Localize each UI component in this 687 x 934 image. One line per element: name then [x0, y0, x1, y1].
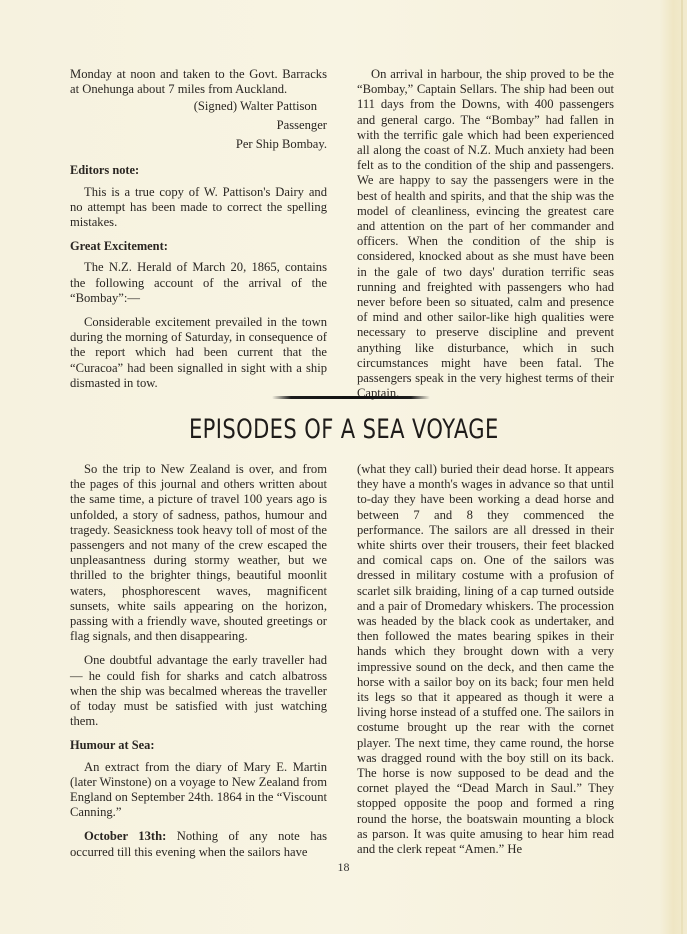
signature-line-ship: Per Ship Bombay.: [70, 135, 327, 154]
paragraph-editors-note: This is a true copy of W. Pattison's Dai…: [70, 185, 327, 231]
bottom-right-column: (what they call) buried their dead horse…: [357, 462, 614, 857]
page-number: 18: [0, 860, 687, 875]
paragraph-doubtful-advantage: One doubtful advantage the early travell…: [70, 653, 327, 729]
signature-line-signed: (Signed) Walter Pattison: [70, 97, 327, 116]
magazine-page: Monday at noon and taken to the Govt. Ba…: [0, 0, 687, 934]
heading-humour-at-sea: Humour at Sea:: [70, 738, 327, 753]
date-label-october-13th: October 13th:: [84, 829, 166, 843]
paragraph-herald: The N.Z. Herald of March 20, 1865, conta…: [70, 260, 327, 306]
section-divider: [272, 396, 430, 399]
paragraph-monday: Monday at noon and taken to the Govt. Ba…: [70, 67, 327, 97]
paragraph-considerable-excitement: Considerable excitement prevailed in the…: [70, 315, 327, 391]
paragraph-arrival: On arrival in harbour, the ship proved t…: [357, 67, 614, 401]
top-right-column: On arrival in harbour, the ship proved t…: [357, 67, 614, 401]
heading-editors-note: Editors note:: [70, 163, 327, 178]
paragraph-extract: An extract from the diary of Mary E. Mar…: [70, 760, 327, 821]
bottom-left-column: So the trip to New Zealand is over, and …: [70, 462, 327, 860]
article-title: EPISODES OF A SEA VOYAGE: [76, 414, 612, 445]
paragraph-dead-horse: (what they call) buried their dead horse…: [357, 462, 614, 857]
signature-line-passenger: Passenger: [70, 116, 327, 135]
paragraph-trip-over: So the trip to New Zealand is over, and …: [70, 462, 327, 644]
top-left-column: Monday at noon and taken to the Govt. Ba…: [70, 67, 327, 391]
signature-block: (Signed) Walter Pattison Passenger Per S…: [70, 97, 327, 154]
page-edge: [681, 0, 683, 934]
paragraph-october-13th: October 13th: Nothing of any note has oc…: [70, 829, 327, 859]
heading-great-excitement: Great Excitement:: [70, 239, 327, 254]
